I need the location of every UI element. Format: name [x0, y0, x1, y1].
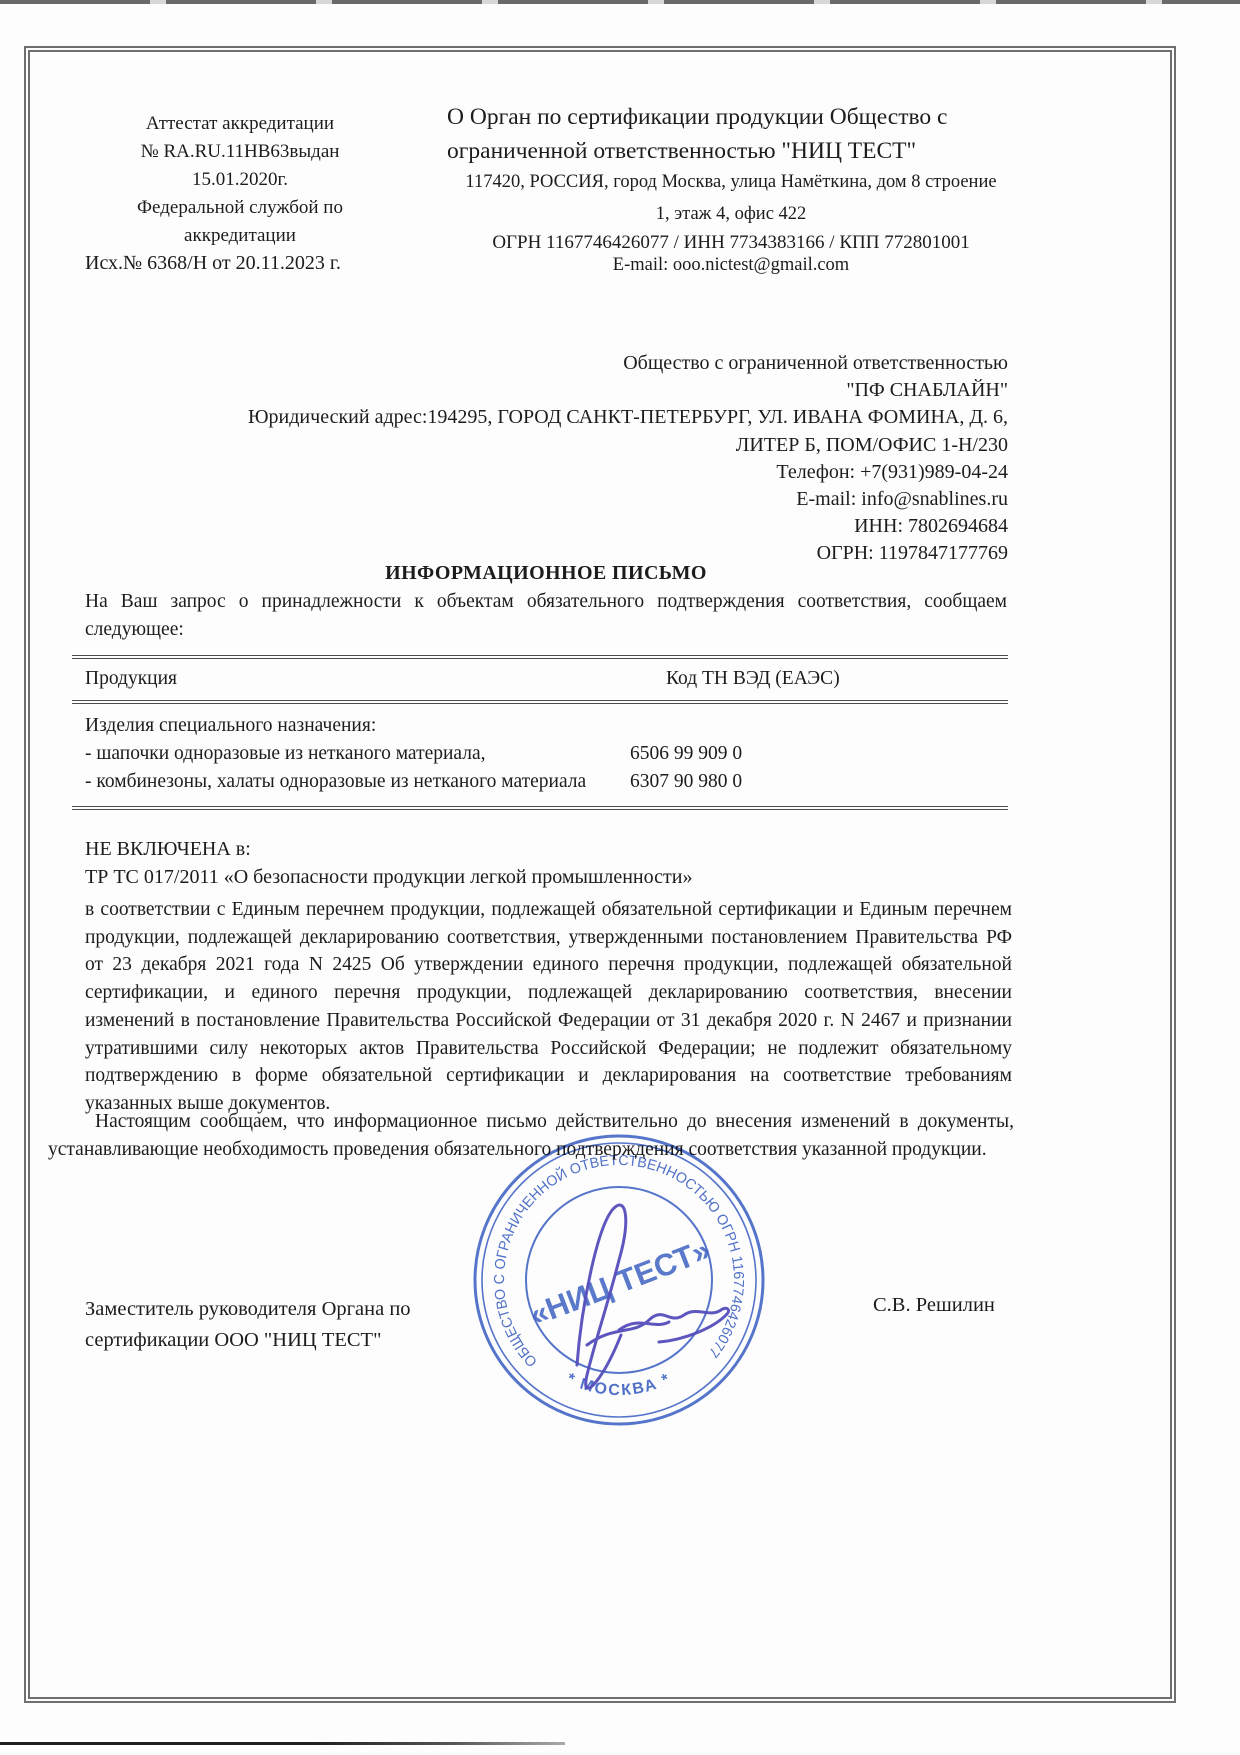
table-body: Изделия специального назначения: - шапоч…	[72, 704, 1008, 806]
outgoing-reference: Исх.№ 6368/Н от 20.11.2023 г.	[85, 252, 341, 275]
stamp-graphic: ОБЩЕСТВО С ОГРАНИЧЕННОЙ ОТВЕТСТВЕННОСТЬЮ…	[467, 1128, 771, 1432]
accreditation-line: № RA.RU.11НВ63выдан	[95, 138, 385, 166]
recipient-line: ЛИТЕР Б, ПОМ/ОФИС 1-Н/230	[85, 432, 1008, 459]
stamp-bottom-text: * МОСКВА *	[564, 1370, 674, 1399]
accreditation-block: Аттестат аккредитации № RA.RU.11НВ63выда…	[95, 110, 385, 250]
scan-artifact-top	[0, 0, 1240, 4]
signatory-position-line: Заместитель руководителя Органа по	[85, 1294, 525, 1325]
document-title: ИНФОРМАЦИОННОЕ ПИСЬМО	[85, 562, 1007, 585]
accreditation-line: 15.01.2020г.	[95, 166, 385, 194]
org-address-line1: 117420, РОССИЯ, город Москва, улица Намё…	[447, 172, 1015, 193]
intro-paragraph: На Ваш запрос о принадлежности к объекта…	[85, 588, 1007, 644]
stamp-center-text: «НИЦ ТЕСТ»	[525, 1232, 715, 1333]
column-header-product: Продукция	[72, 668, 630, 690]
code-cell: 6307 90 980 0	[630, 768, 1008, 796]
table-header-row: Продукция Код ТН ВЭД (ЕАЭС)	[72, 659, 1008, 704]
scanned-letter-page: Аттестат аккредитации № RA.RU.11НВ63выда…	[0, 0, 1240, 1755]
svg-text:* МОСКВА *: * МОСКВА *	[564, 1370, 674, 1399]
accreditation-line: Аттестат аккредитации	[95, 110, 385, 138]
recipient-block: Общество с ограниченной ответственностью…	[85, 350, 1008, 568]
scan-artifact-bottom	[0, 1742, 565, 1745]
product-cell: - шапочки одноразовые из нетканого матер…	[72, 740, 630, 768]
signatory-position: Заместитель руководителя Органа по серти…	[85, 1294, 525, 1356]
recipient-line: ИНН: 7802694684	[85, 513, 1008, 540]
not-included-heading: НЕ ВКЛЮЧЕНА в:	[85, 838, 251, 861]
recipient-line: Телефон: +7(931)989-04-24	[85, 459, 1008, 486]
org-address-line2: 1, этаж 4, офис 422	[447, 204, 1015, 225]
tnved-code-table: Продукция Код ТН ВЭД (ЕАЭС) Изделия спец…	[72, 655, 1008, 810]
body-paragraph-1: в соответствии с Единым перечнем продукц…	[85, 896, 1012, 1118]
org-registration-numbers: ОГРН 1167746426077 / ИНН 7734383166 / КП…	[447, 232, 1015, 254]
code-cell: 6506 99 909 0	[630, 740, 1008, 768]
recipient-line: E-mail: info@snablines.ru	[85, 486, 1008, 513]
accreditation-line: Федеральной службой по	[95, 194, 385, 222]
product-cell: - комбинезоны, халаты одноразовые из нет…	[72, 768, 630, 796]
company-stamp: ОБЩЕСТВО С ОГРАНИЧЕННОЙ ОТВЕТСТВЕННОСТЬЮ…	[467, 1128, 771, 1432]
technical-regulation-line: ТР ТС 017/2011 «О безопасности продукции…	[85, 866, 1012, 889]
recipient-line: Общество с ограниченной ответственностью	[85, 350, 1008, 377]
signatory-name: С.В. Решилин	[873, 1294, 995, 1317]
table-row: - шапочки одноразовые из нетканого матер…	[72, 740, 1008, 768]
recipient-line: "ПФ СНАБЛАЙН"	[85, 377, 1008, 404]
certification-body-title: О Орган по сертификации продукции Общест…	[447, 100, 1015, 168]
recipient-line: Юридический адрес:194295, ГОРОД САНКТ-ПЕ…	[85, 404, 1008, 431]
column-header-code: Код ТН ВЭД (ЕАЭС)	[630, 668, 1008, 690]
product-cell: Изделия специального назначения:	[72, 712, 630, 740]
table-row: Изделия специального назначения:	[72, 712, 1008, 740]
accreditation-line: аккредитации	[95, 222, 385, 250]
code-cell	[630, 712, 1008, 740]
signatory-position-line: сертификации ООО "НИЦ ТЕСТ"	[85, 1325, 525, 1356]
table-row: - комбинезоны, халаты одноразовые из нет…	[72, 768, 1008, 796]
org-email: E-mail: ooo.nictest@gmail.com	[447, 255, 1015, 276]
